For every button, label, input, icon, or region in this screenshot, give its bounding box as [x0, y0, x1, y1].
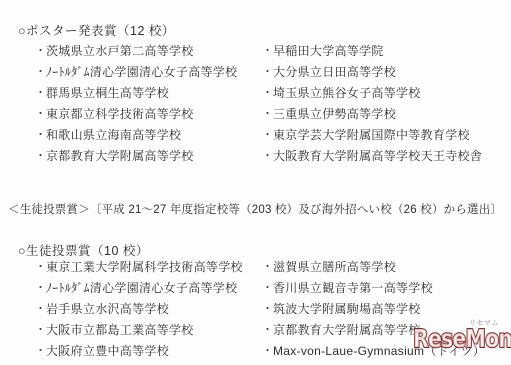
- bullet-icon: ・: [262, 62, 273, 83]
- bullet-icon: ・: [35, 104, 46, 125]
- vote-award-list: ・東京工業大学附属科学技術高等学校 ・ﾉｰﾄﾙﾀﾞﾑ清心学園清心女子高等学校 ・…: [35, 257, 508, 362]
- school-name: 和歌山県立海南高等学校: [46, 128, 181, 142]
- bullet-icon: ・: [262, 104, 273, 125]
- bullet-icon: ・: [35, 125, 46, 146]
- list-item: ・茨城県立水戸第二高等学校: [35, 41, 262, 62]
- school-name: 埼玉県立熊谷女子高等学校: [273, 86, 421, 100]
- school-name: 茨城県立水戸第二高等学校: [46, 44, 194, 58]
- list-item: ・東京都立科学技術高等学校: [35, 104, 262, 125]
- school-name: 筑波大学附属駒場高等学校: [273, 302, 421, 316]
- bullet-icon: ・: [262, 257, 273, 278]
- vote-award-note: ＜生徒投票賞＞〔平成 21～27 年度指定校等（203 校）及び海外招へい校（2…: [8, 201, 502, 217]
- bullet-icon: ・: [35, 83, 46, 104]
- document-page: ○ポスター発表賞（12 校） ・茨城県立水戸第二高等学校 ・ﾉｰﾄﾙﾀﾞﾑ清心学…: [0, 0, 511, 365]
- bullet-icon: ・: [35, 278, 46, 299]
- poster-award-column-left: ・茨城県立水戸第二高等学校 ・ﾉｰﾄﾙﾀﾞﾑ清心学園清心女子高等学校 ・群馬県立…: [35, 41, 262, 167]
- list-item: ・京都教育大学附属高等学校: [262, 320, 508, 341]
- school-name: 東京都立科学技術高等学校: [46, 107, 194, 121]
- school-name: 早稲田大学高等学院: [273, 44, 384, 58]
- list-item: ・岩手県立水沢高等学校: [35, 299, 262, 320]
- bullet-icon: ・: [262, 125, 273, 146]
- school-name: 京都教育大学附属高等学校: [273, 323, 421, 337]
- school-name: 東京学芸大学附属国際中等教育学校: [273, 128, 470, 142]
- school-name: 三重県立伊勢高等学校: [273, 107, 396, 121]
- list-item: ・香川県立観音寺第一高等学校: [262, 278, 508, 299]
- school-name: 東京工業大学附属科学技術高等学校: [46, 260, 243, 274]
- school-name: 岩手県立水沢高等学校: [46, 302, 169, 316]
- bullet-icon: ・: [262, 41, 273, 62]
- school-name: 大阪教育大学附属高等学校天王寺校舎: [273, 149, 482, 163]
- list-item: ・筑波大学附属駒場高等学校: [262, 299, 508, 320]
- bullet-icon: ・: [262, 83, 273, 104]
- bullet-icon: ・: [35, 146, 46, 167]
- school-name: ﾉｰﾄﾙﾀﾞﾑ清心学園清心女子高等学校: [46, 281, 237, 295]
- bullet-icon: ・: [262, 278, 273, 299]
- bullet-icon: ・: [262, 299, 273, 320]
- poster-award-list: ・茨城県立水戸第二高等学校 ・ﾉｰﾄﾙﾀﾞﾑ清心学園清心女子高等学校 ・群馬県立…: [35, 41, 508, 167]
- list-item: ・東京学芸大学附属国際中等教育学校: [262, 125, 508, 146]
- list-item: ・京都教育大学附属高等学校: [35, 146, 262, 167]
- list-item: ・埼玉県立熊谷女子高等学校: [262, 83, 508, 104]
- list-item: ・早稲田大学高等学院: [262, 41, 508, 62]
- bullet-icon: ・: [35, 62, 46, 83]
- list-item: ・大阪府立豊中高等学校: [35, 341, 262, 362]
- bullet-icon: ・: [35, 299, 46, 320]
- bullet-icon: ・: [262, 341, 273, 362]
- bullet-icon: ・: [35, 257, 46, 278]
- vote-award-column-right: ・滋賀県立膳所高等学校 ・香川県立観音寺第一高等学校 ・筑波大学附属駒場高等学校…: [262, 257, 508, 362]
- school-name: 大分県立日田高等学校: [273, 65, 396, 79]
- school-name: 滋賀県立膳所高等学校: [273, 260, 396, 274]
- list-item: ・ﾉｰﾄﾙﾀﾞﾑ清心学園清心女子高等学校: [35, 62, 262, 83]
- school-name: 京都教育大学附属高等学校: [46, 149, 194, 163]
- list-item: ・大阪教育大学附属高等学校天王寺校舎: [262, 146, 508, 167]
- bullet-icon: ・: [35, 320, 46, 341]
- list-item: ・大分県立日田高等学校: [262, 62, 508, 83]
- school-name: 大阪府立豊中高等学校: [46, 344, 169, 358]
- list-item: ・滋賀県立膳所高等学校: [262, 257, 508, 278]
- list-item: ・大阪市立都島工業高等学校: [35, 320, 262, 341]
- school-name: 大阪市立都島工業高等学校: [46, 323, 194, 337]
- bullet-icon: ・: [35, 41, 46, 62]
- school-name: Max-von-Laue-Gymnasium（ドイツ）: [273, 344, 485, 358]
- school-name: ﾉｰﾄﾙﾀﾞﾑ清心学園清心女子高等学校: [46, 65, 237, 79]
- list-item: ・群馬県立桐生高等学校: [35, 83, 262, 104]
- school-name: 群馬県立桐生高等学校: [46, 86, 169, 100]
- poster-award-heading: ○ポスター発表賞（12 校）: [18, 21, 175, 39]
- bullet-icon: ・: [262, 320, 273, 341]
- bullet-icon: ・: [35, 341, 46, 362]
- list-item: ・Max-von-Laue-Gymnasium（ドイツ）: [262, 341, 508, 362]
- list-item: ・ﾉｰﾄﾙﾀﾞﾑ清心学園清心女子高等学校: [35, 278, 262, 299]
- poster-award-column-right: ・早稲田大学高等学院 ・大分県立日田高等学校 ・埼玉県立熊谷女子高等学校 ・三重…: [262, 41, 508, 167]
- school-name: 香川県立観音寺第一高等学校: [273, 281, 433, 295]
- list-item: ・三重県立伊勢高等学校: [262, 104, 508, 125]
- vote-award-column-left: ・東京工業大学附属科学技術高等学校 ・ﾉｰﾄﾙﾀﾞﾑ清心学園清心女子高等学校 ・…: [35, 257, 262, 362]
- bullet-icon: ・: [262, 146, 273, 167]
- list-item: ・和歌山県立海南高等学校: [35, 125, 262, 146]
- list-item: ・東京工業大学附属科学技術高等学校: [35, 257, 262, 278]
